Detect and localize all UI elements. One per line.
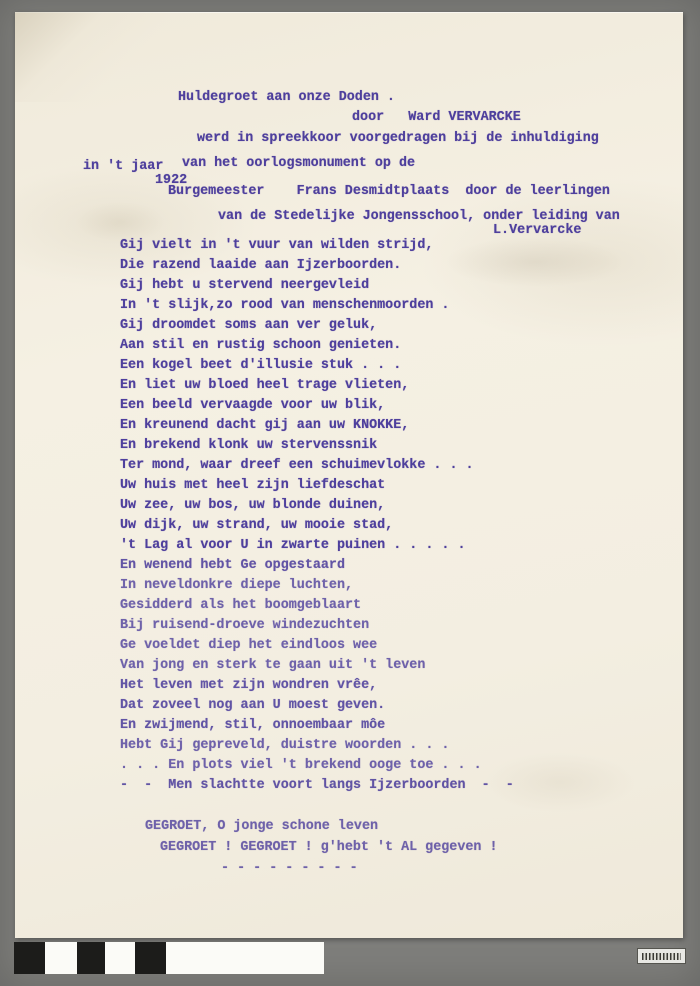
poem-line: Het leven met zijn wondren vrêe, <box>120 676 514 696</box>
scale-bar-white-block <box>166 942 324 974</box>
poem-title: Huldegroet aan onze Doden . <box>178 88 395 108</box>
scale-square-black <box>135 942 166 974</box>
scale-square-white <box>105 942 135 974</box>
poem-body: Gij vielt in 't vuur van wilden strijd, … <box>120 236 514 796</box>
scale-square-black <box>14 942 45 974</box>
poem-line: Uw huis met heel zijn liefdeschat <box>120 476 514 496</box>
closing-dashes: - - - - - - - - - <box>221 859 358 879</box>
photo-scale-bar <box>14 942 324 974</box>
poem-line: Gij droomdet soms aan ver geluk, <box>120 316 514 336</box>
closing-line: GEGROET, O jonge schone leven <box>145 817 378 837</box>
poem-line: En wenend hebt Ge opgestaard <box>120 556 514 576</box>
scale-square-white <box>45 942 77 974</box>
document-page: Huldegroet aan onze Doden . door Ward VE… <box>15 12 683 938</box>
poem-line: Aan stil en rustig schoon genieten. <box>120 336 514 356</box>
poem-line: Hebt Gij gepreveld, duistre woorden . . … <box>120 736 514 756</box>
poem-line: Een beeld vervaagde voor uw blik, <box>120 396 514 416</box>
poem-line: Gesidderd als het boomgeblaart <box>120 596 514 616</box>
square-line: Burgemeester Frans Desmidtplaats door de… <box>168 182 610 202</box>
poem-line: Dat zoveel nog aan U moest geven. <box>120 696 514 716</box>
poem-line: Gij hebt u stervend neergevleid <box>120 276 514 296</box>
poem-line: Uw dijk, uw strand, uw mooie stad, <box>120 516 514 536</box>
poem-line: In 't slijk,zo rood van menschenmoorden … <box>120 296 514 316</box>
barcode-sticker <box>637 948 686 964</box>
paper-crease <box>15 12 185 102</box>
closing-line: GEGROET ! GEGROET ! g'hebt 't AL gegeven… <box>160 838 498 858</box>
poem-line: Gij vielt in 't vuur van wilden strijd, <box>120 236 514 256</box>
poem-line: En liet uw bloed heel trage vlieten, <box>120 376 514 396</box>
poem-line: Uw zee, uw bos, uw blonde duinen, <box>120 496 514 516</box>
poem-line: Ge voeldet diep het eindloos wee <box>120 636 514 656</box>
poem-line: . . . En plots viel 't brekend ooge toe … <box>120 756 514 776</box>
poem-line: Van jong en sterk te gaan uit 't leven <box>120 656 514 676</box>
barcode-icon <box>642 953 681 960</box>
performance-note: werd in spreekkoor voorgedragen bij de i… <box>197 129 599 149</box>
year-intro: in 't jaar <box>83 157 163 177</box>
poem-line: Een kogel beet d'illusie stuk . . . <box>120 356 514 376</box>
poem-line: Die razend laaide aan Ijzerboorden. <box>120 256 514 276</box>
scale-square-black <box>77 942 105 974</box>
scan-background: Huldegroet aan onze Doden . door Ward VE… <box>0 0 700 986</box>
poem-line: En zwijmend, stil, onnoembaar môe <box>120 716 514 736</box>
poem-line: Ter mond, waar dreef een schuimevlokke .… <box>120 456 514 476</box>
monument-line: van het oorlogsmonument op de <box>182 154 415 174</box>
poem-line: Bij ruisend-droeve windezuchten <box>120 616 514 636</box>
poem-line: In neveldonkre diepe luchten, <box>120 576 514 596</box>
poem-line: En kreunend dacht gij aan uw KNOKKE, <box>120 416 514 436</box>
poem-line: 't Lag al voor U in zwarte puinen . . . … <box>120 536 514 556</box>
author-byline: door Ward VERVARCKE <box>352 108 521 128</box>
poem-line: En brekend klonk uw stervenssnik <box>120 436 514 456</box>
poem-line: - - Men slachtte voort langs Ijzerboorde… <box>120 776 514 796</box>
